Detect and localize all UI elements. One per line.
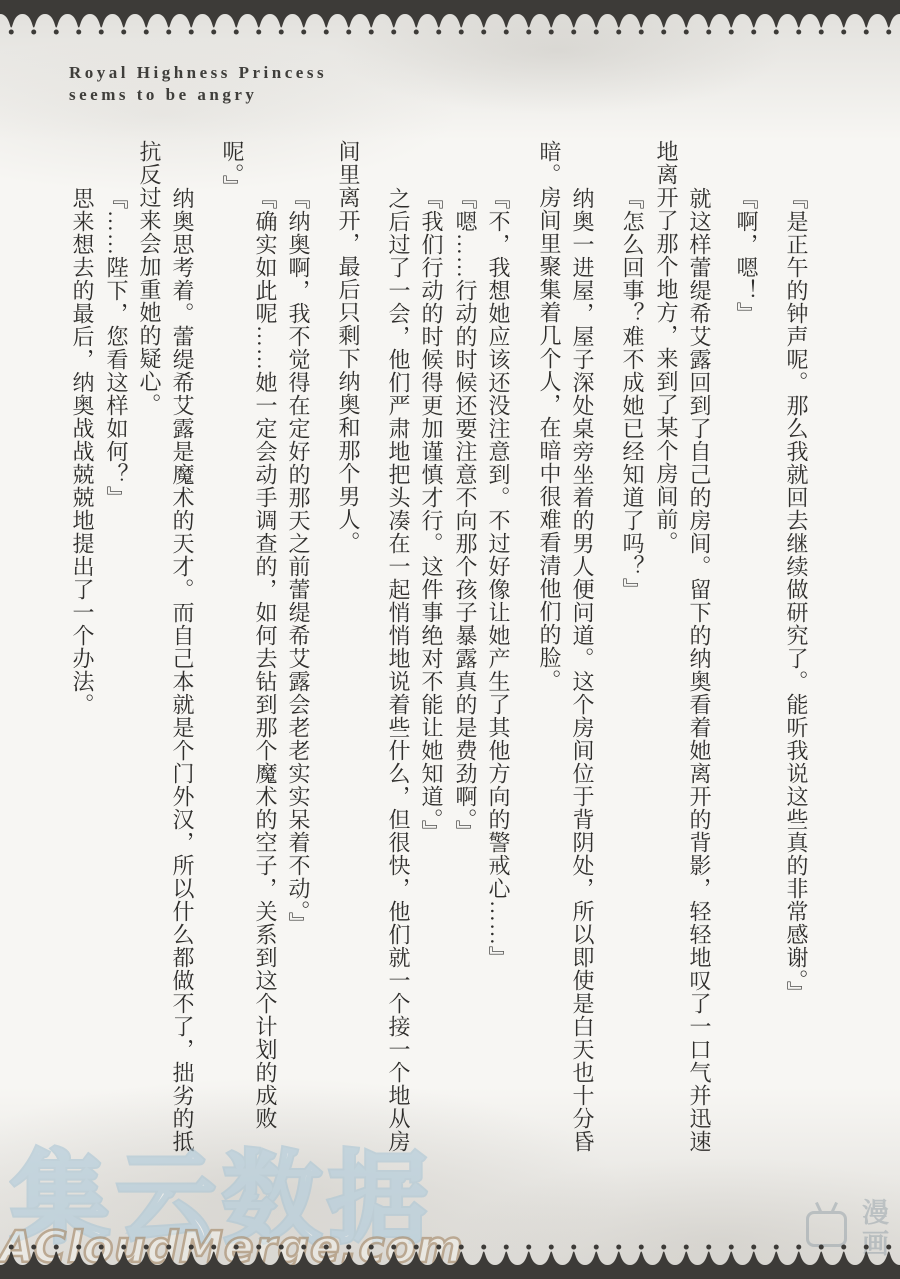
novel-text-column: 就这样蕾缇希艾露回到了自己的房间。留下的纳奥看着她离开的背影，轻轻地叹了一口气并… xyxy=(683,140,716,1153)
novel-text-column: 『啊，嗯！』 xyxy=(730,140,763,325)
novel-text-column: 暗。房间里聚集着几个人，在暗中很难看清他们的脸。 xyxy=(533,140,566,692)
novel-text-column: 『是正午的钟声呢。那么我就回去继续做研究了。能听我说这些真的非常感谢。』 xyxy=(780,140,813,1004)
novel-text-column: 思来想去的最后，纳奥战战兢兢地提出了一个办法。 xyxy=(66,140,99,716)
novel-text-column: 『不，我想她应该还没注意到。不过好像让她产生了其他方向的警戒心……』 xyxy=(482,140,515,969)
novel-text-column: 『怎么回事？难不成她已经知道了吗？』 xyxy=(616,140,649,601)
series-title-line2: seems to be angry xyxy=(69,84,327,106)
novel-text-column: 间里离开，最后只剩下纳奥和那个男人。 xyxy=(332,140,365,554)
novel-text-column: 地离开了那个地方，来到了某个房间前。 xyxy=(650,140,683,554)
novel-text-column: 『纳奥啊，我不觉得在定好的那天之前蕾缇希艾露会老老实实呆着不动。』 xyxy=(282,140,315,935)
novel-text-column: 之后过了一会，他们严肃地把头凑在一起悄悄地说着些什么，但很快，他们就一个接一个地… xyxy=(382,140,415,1153)
series-title-line1: Royal Highness Princess xyxy=(69,62,327,84)
novel-text-column: 『嗯……行动的时候还要注意不向那个孩子暴露真的是费劲啊。』 xyxy=(449,140,482,843)
novel-text-column: 『我们行动的时候得更加谨慎才行。这件事绝对不能让她知道。』 xyxy=(415,140,448,843)
novel-text-column: 呢。』 xyxy=(216,140,249,198)
novel-reader-page: Royal Highness Princess seems to be angr… xyxy=(0,0,900,1279)
decorative-border-top xyxy=(0,0,900,44)
series-title-english: Royal Highness Princess seems to be angr… xyxy=(69,62,327,106)
decorative-border-bottom xyxy=(0,1235,900,1279)
novel-text-column: 『……陛下，您看这样如何？』 xyxy=(100,140,133,509)
novel-text-column: 纳奥思考着。蕾缇希艾露是魔术的天才。而自己本就是个门外汉，所以什么都做不了，拙劣… xyxy=(166,140,199,1153)
novel-text-column: 『确实如此呢……她一定会动手调查的，如何去钻到那个魔术的空子，关系到这个计划的成… xyxy=(249,140,282,1130)
novel-text-column: 纳奥一进屋，屋子深处桌旁坐着的男人便问道。这个房间位于背阴处，所以即使是白天也十… xyxy=(566,140,599,1153)
novel-text-column: 抗反过来会加重她的疑心。 xyxy=(133,140,166,416)
